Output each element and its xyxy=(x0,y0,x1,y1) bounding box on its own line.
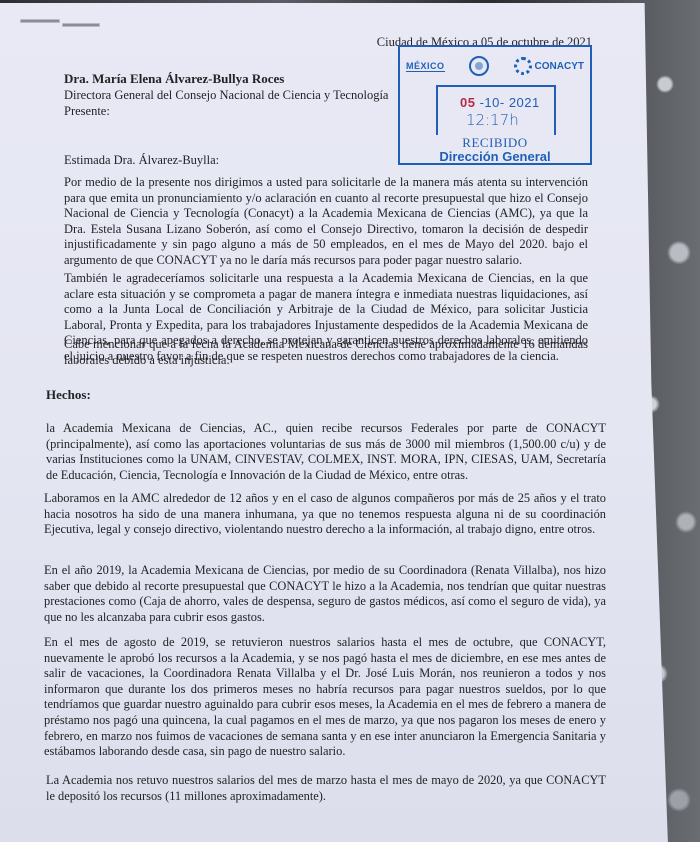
mexico-logo: MÉXICO xyxy=(406,61,445,72)
staple-mark xyxy=(62,23,100,27)
stamp-day: 05 xyxy=(460,95,475,110)
conacyt-logo: CONACYT xyxy=(514,57,584,75)
fact-paragraph: La Academia nos retuvo nuestros salarios… xyxy=(46,773,606,804)
stamp-logos: MÉXICO CONACYT xyxy=(406,53,584,79)
section-heading: Hechos: xyxy=(46,387,91,403)
stamp-date: 05 -10- 2021 xyxy=(460,95,540,110)
conacyt-logo-text: CONACYT xyxy=(535,61,584,72)
conacyt-emblem-icon xyxy=(514,57,532,75)
recipient-name: Dra. María Elena Álvarez-Bullya Roces xyxy=(64,71,388,87)
national-seal-icon xyxy=(469,56,489,76)
letter-page: Ciudad de México a 05 de octubre de 2021… xyxy=(0,3,668,842)
fact-paragraph: En el año 2019, la Academia Mexicana de … xyxy=(44,563,606,625)
recipient-title: Directora General del Consejo Nacional d… xyxy=(64,87,388,103)
reception-stamp: MÉXICO CONACYT 05 -10- 2021 12:17h RECIB… xyxy=(398,45,592,165)
recipient-presente: Presente: xyxy=(64,103,388,119)
stamp-month-year: -10- 2021 xyxy=(480,95,540,110)
staple-mark xyxy=(20,19,60,23)
fact-paragraph: la Academia Mexicana de Ciencias, AC., q… xyxy=(46,421,606,483)
salutation: Estimada Dra. Álvarez-Buylla: xyxy=(64,153,219,168)
fact-paragraph: En el mes de agosto de 2019, se retuvier… xyxy=(44,635,606,760)
stamp-office: Dirección General xyxy=(400,149,590,164)
paragraph: Por medio de la presente nos dirigimos a… xyxy=(64,175,588,269)
stamp-time: 12:17h xyxy=(466,111,519,129)
recipient-block: Dra. María Elena Álvarez-Bullya Roces Di… xyxy=(64,71,388,119)
stamp-date-box: 05 -10- 2021 12:17h xyxy=(436,85,556,135)
fact-paragraph: Laboramos en la AMC alrededor de 12 años… xyxy=(44,491,606,538)
paragraph: Cabe mencionar que a la fecha la Academi… xyxy=(64,337,588,368)
